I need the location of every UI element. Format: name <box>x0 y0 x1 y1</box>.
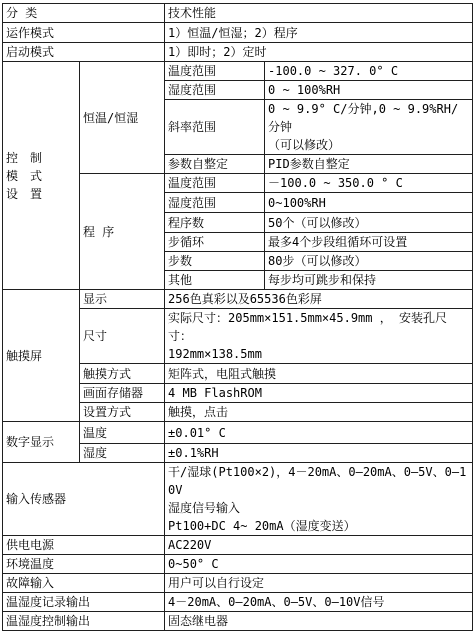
spec-label: 斜率范围 <box>165 100 265 155</box>
ambient-temp-label: 环境温度 <box>3 555 165 574</box>
digital-display-group-label: 数字显示 <box>3 422 80 463</box>
const-mode-group-label: 恒温/恒湿 <box>80 62 165 174</box>
spec-value: ±0.1%RH <box>165 444 473 463</box>
spec-value: 0 ~ 100%RH <box>265 81 473 100</box>
table-row: 温湿度控制输出 固态继电器 <box>3 612 473 631</box>
control-group-label: 控 制 模 式 设 置 <box>3 62 80 290</box>
spec-label: 其他 <box>165 271 265 290</box>
fault-input-value: 用户可以自行设定 <box>165 574 473 593</box>
control-output-value: 固态继电器 <box>165 612 473 631</box>
spec-label: 温度范围 <box>165 62 265 81</box>
power-value: AC220V <box>165 536 473 555</box>
header-performance: 技术性能 <box>165 4 473 23</box>
spec-value: PID参数自整定 <box>265 155 473 174</box>
spec-value: 矩阵式，电阻式触摸 <box>165 364 473 384</box>
record-output-label: 温湿度记录输出 <box>3 593 165 612</box>
spec-value: 80步（可以修改） <box>265 252 473 271</box>
spec-value: 0 ~ 9.9° C/分钟,0 ~ 9.9%RH/分钟 （可以修改） <box>265 100 473 155</box>
spec-label: 湿度范围 <box>165 193 265 213</box>
table-row: 启动模式 1）即时；2）定时 <box>3 43 473 62</box>
program-mode-group-label: 程 序 <box>80 174 165 290</box>
spec-value: 实际尺寸：205mm×151.5mm×45.9mm ， 安装孔尺寸： 192mm… <box>165 309 473 364</box>
spec-label: 触摸方式 <box>80 364 165 384</box>
start-mode-label: 启动模式 <box>3 43 165 62</box>
spec-value: 触摸，点击 <box>165 403 473 422</box>
spec-label: 温度 <box>80 422 165 444</box>
table-row: 输入传感器 干/湿球(Pt100×2)，4－20mA、0—20mA、0—5V、0… <box>3 463 473 536</box>
table-row: 触摸屏 显示 256色真彩以及65536色彩屏 <box>3 290 473 309</box>
spec-label: 步数 <box>165 252 265 271</box>
spec-label: 参数自整定 <box>165 155 265 174</box>
spec-value: ±0.01° C <box>165 422 473 444</box>
spec-label: 尺寸 <box>80 309 165 364</box>
power-label: 供电电源 <box>3 536 165 555</box>
table-row: 运作模式 1）恒温/恒湿；2）程序 <box>3 23 473 43</box>
spec-value: 每步均可跳步和保持 <box>265 271 473 290</box>
spec-value: 最多4个步段组循环可设置 <box>265 233 473 252</box>
spec-label: 温度范围 <box>165 174 265 193</box>
spec-table: 分 类 技术性能 运作模式 1）恒温/恒湿；2）程序 启动模式 1）即时；2）定… <box>2 3 473 631</box>
spec-label: 显示 <box>80 290 165 309</box>
fault-input-label: 故障输入 <box>3 574 165 593</box>
spec-value: 0~100%RH <box>265 193 473 213</box>
spec-value: -100.0 ~ 327. 0° C <box>265 62 473 81</box>
spec-value: 256色真彩以及65536色彩屏 <box>165 290 473 309</box>
input-sensor-value: 干/湿球(Pt100×2)，4－20mA、0—20mA、0—5V、0—10V 湿… <box>165 463 473 536</box>
spec-value: －100.0 ~ 350.0 ° C <box>265 174 473 193</box>
ambient-temp-value: 0~50° C <box>165 555 473 574</box>
table-row: 数字显示 温度 ±0.01° C <box>3 422 473 444</box>
start-mode-value: 1）即时；2）定时 <box>165 43 473 62</box>
operating-mode-label: 运作模式 <box>3 23 165 43</box>
spec-label: 湿度 <box>80 444 165 463</box>
table-row: 环境温度 0~50° C <box>3 555 473 574</box>
spec-label: 画面存储器 <box>80 384 165 403</box>
table-row: 控 制 模 式 设 置 恒温/恒湿 温度范围 -100.0 ~ 327. 0° … <box>3 62 473 81</box>
table-row: 供电电源 AC220V <box>3 536 473 555</box>
table-row: 分 类 技术性能 <box>3 4 473 23</box>
touchscreen-group-label: 触摸屏 <box>3 290 80 422</box>
spec-value: 50个（可以修改） <box>265 213 473 233</box>
spec-label: 程序数 <box>165 213 265 233</box>
spec-sheet: 分 类 技术性能 运作模式 1）恒温/恒湿；2）程序 启动模式 1）即时；2）定… <box>0 0 475 573</box>
table-row: 温湿度记录输出 4－20mA、0—20mA、0—5V、0—10V信号 <box>3 593 473 612</box>
spec-label: 湿度范围 <box>165 81 265 100</box>
input-sensor-label: 输入传感器 <box>3 463 165 536</box>
operating-mode-value: 1）恒温/恒湿；2）程序 <box>165 23 473 43</box>
control-output-label: 温湿度控制输出 <box>3 612 165 631</box>
spec-label: 设置方式 <box>80 403 165 422</box>
spec-value: 4 MB FlashROM <box>165 384 473 403</box>
record-output-value: 4－20mA、0—20mA、0—5V、0—10V信号 <box>165 593 473 612</box>
spec-label: 步循环 <box>165 233 265 252</box>
header-category: 分 类 <box>3 4 165 23</box>
table-row: 故障输入 用户可以自行设定 <box>3 574 473 593</box>
